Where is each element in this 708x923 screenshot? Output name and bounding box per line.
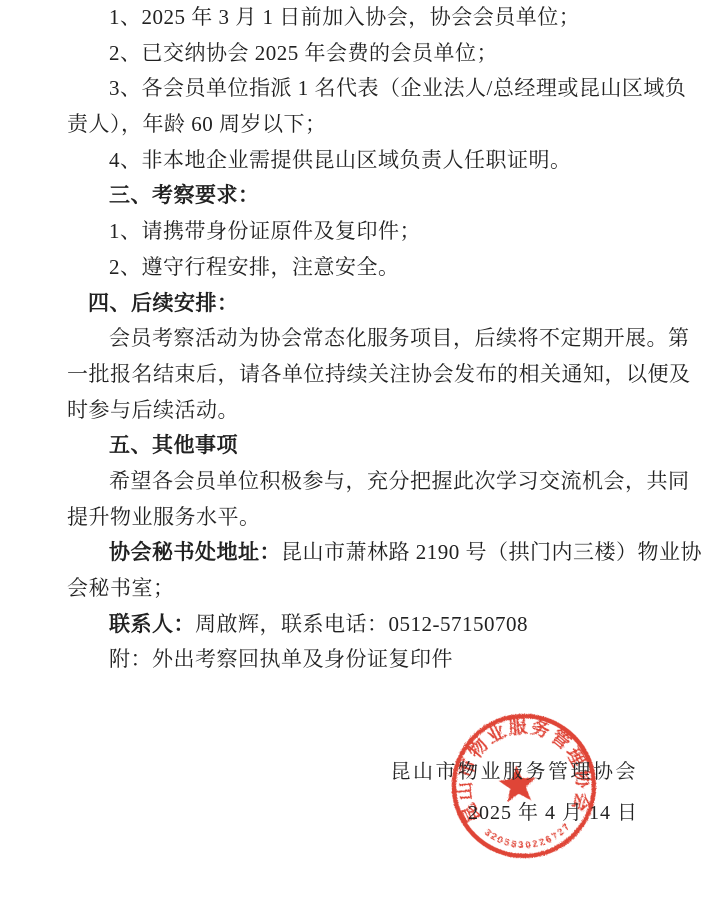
body-text: 3、各会员单位指派 1 名代表（企业法人/总经理或昆山区域负: [109, 76, 686, 100]
bold-text: 五、其他事项: [109, 434, 238, 457]
body-text: 昆山市萧林路 2190 号（拱门内三楼）物业协: [281, 540, 702, 564]
bold-text: 协会秘书处地址：: [109, 541, 281, 564]
document-page: 1、2025 年 3 月 1 日前加入协会，协会会员单位；2、已交纳协会 202…: [0, 0, 708, 923]
body-text: 时参与后续活动。: [67, 398, 239, 422]
body-text: 提升物业服务水平。: [67, 505, 261, 529]
official-seal: 昆山市物业服务管理协会 3205830226727: [437, 700, 610, 873]
text-line: 1、2025 年 3 月 1 日前加入协会，协会会员单位；: [67, 0, 645, 36]
body-text: 1、2025 年 3 月 1 日前加入协会，协会会员单位；: [109, 5, 580, 29]
body-text: 2、已交纳协会 2025 年会费的会员单位；: [109, 41, 498, 65]
text-line: 附：外出考察回执单及身份证复印件: [67, 642, 645, 678]
text-line: 时参与后续活动。: [67, 393, 645, 429]
text-line: 提升物业服务水平。: [67, 500, 645, 536]
text-line: 联系人：周啟辉，联系电话：0512-57150708: [67, 607, 645, 643]
signature-org: 昆山市物业服务管理协会: [391, 755, 639, 784]
text-line: 4、非本地企业需提供昆山区域负责人任职证明。: [67, 143, 645, 179]
body-text: 1、请携带身份证原件及复印件；: [109, 219, 421, 243]
bold-text: 四、后续安排：: [88, 292, 239, 315]
body-text: 会秘书室；: [67, 576, 175, 600]
text-line: 会秘书室；: [67, 571, 645, 607]
body-text: 2、遵守行程安排，注意安全。: [109, 255, 400, 279]
text-line: 责人），年龄 60 周岁以下；: [67, 107, 645, 143]
text-line: 会员考察活动为协会常态化服务项目，后续将不定期开展。第: [67, 321, 645, 357]
bold-text: 联系人：: [109, 613, 195, 636]
signature-date: 2025 年 4 月 14 日: [468, 796, 638, 825]
document-body: 1、2025 年 3 月 1 日前加入协会，协会会员单位；2、已交纳协会 202…: [67, 0, 645, 678]
body-text: 希望各会员单位积极参与，充分把握此次学习交流机会，共同: [109, 469, 690, 493]
text-line: 四、后续安排：: [67, 286, 645, 322]
text-line: 一批报名结束后，请各单位持续关注协会发布的相关通知，以便及: [67, 357, 645, 393]
text-line: 三、考察要求：: [67, 178, 645, 214]
body-text: 会员考察活动为协会常态化服务项目，后续将不定期开展。第: [109, 326, 690, 350]
body-text: 一批报名结束后，请各单位持续关注协会发布的相关通知，以便及: [67, 362, 691, 386]
text-line: 希望各会员单位积极参与，充分把握此次学习交流机会，共同: [67, 464, 645, 500]
body-text: 4、非本地企业需提供昆山区域负责人任职证明。: [109, 148, 572, 172]
body-text: 责人），年龄 60 周岁以下；: [67, 112, 327, 136]
body-text: 附：外出考察回执单及身份证复印件: [109, 647, 453, 671]
text-line: 3、各会员单位指派 1 名代表（企业法人/总经理或昆山区域负: [67, 71, 645, 107]
bold-text: 三、考察要求：: [109, 184, 260, 207]
text-line: 五、其他事项: [67, 428, 645, 464]
text-line: 协会秘书处地址：昆山市萧林路 2190 号（拱门内三楼）物业协: [67, 535, 645, 571]
text-line: 2、遵守行程安排，注意安全。: [67, 250, 645, 286]
text-line: 2、已交纳协会 2025 年会费的会员单位；: [67, 36, 645, 72]
text-line: 1、请携带身份证原件及复印件；: [67, 214, 645, 250]
body-text: 周啟辉，联系电话：0512-57150708: [195, 612, 528, 636]
